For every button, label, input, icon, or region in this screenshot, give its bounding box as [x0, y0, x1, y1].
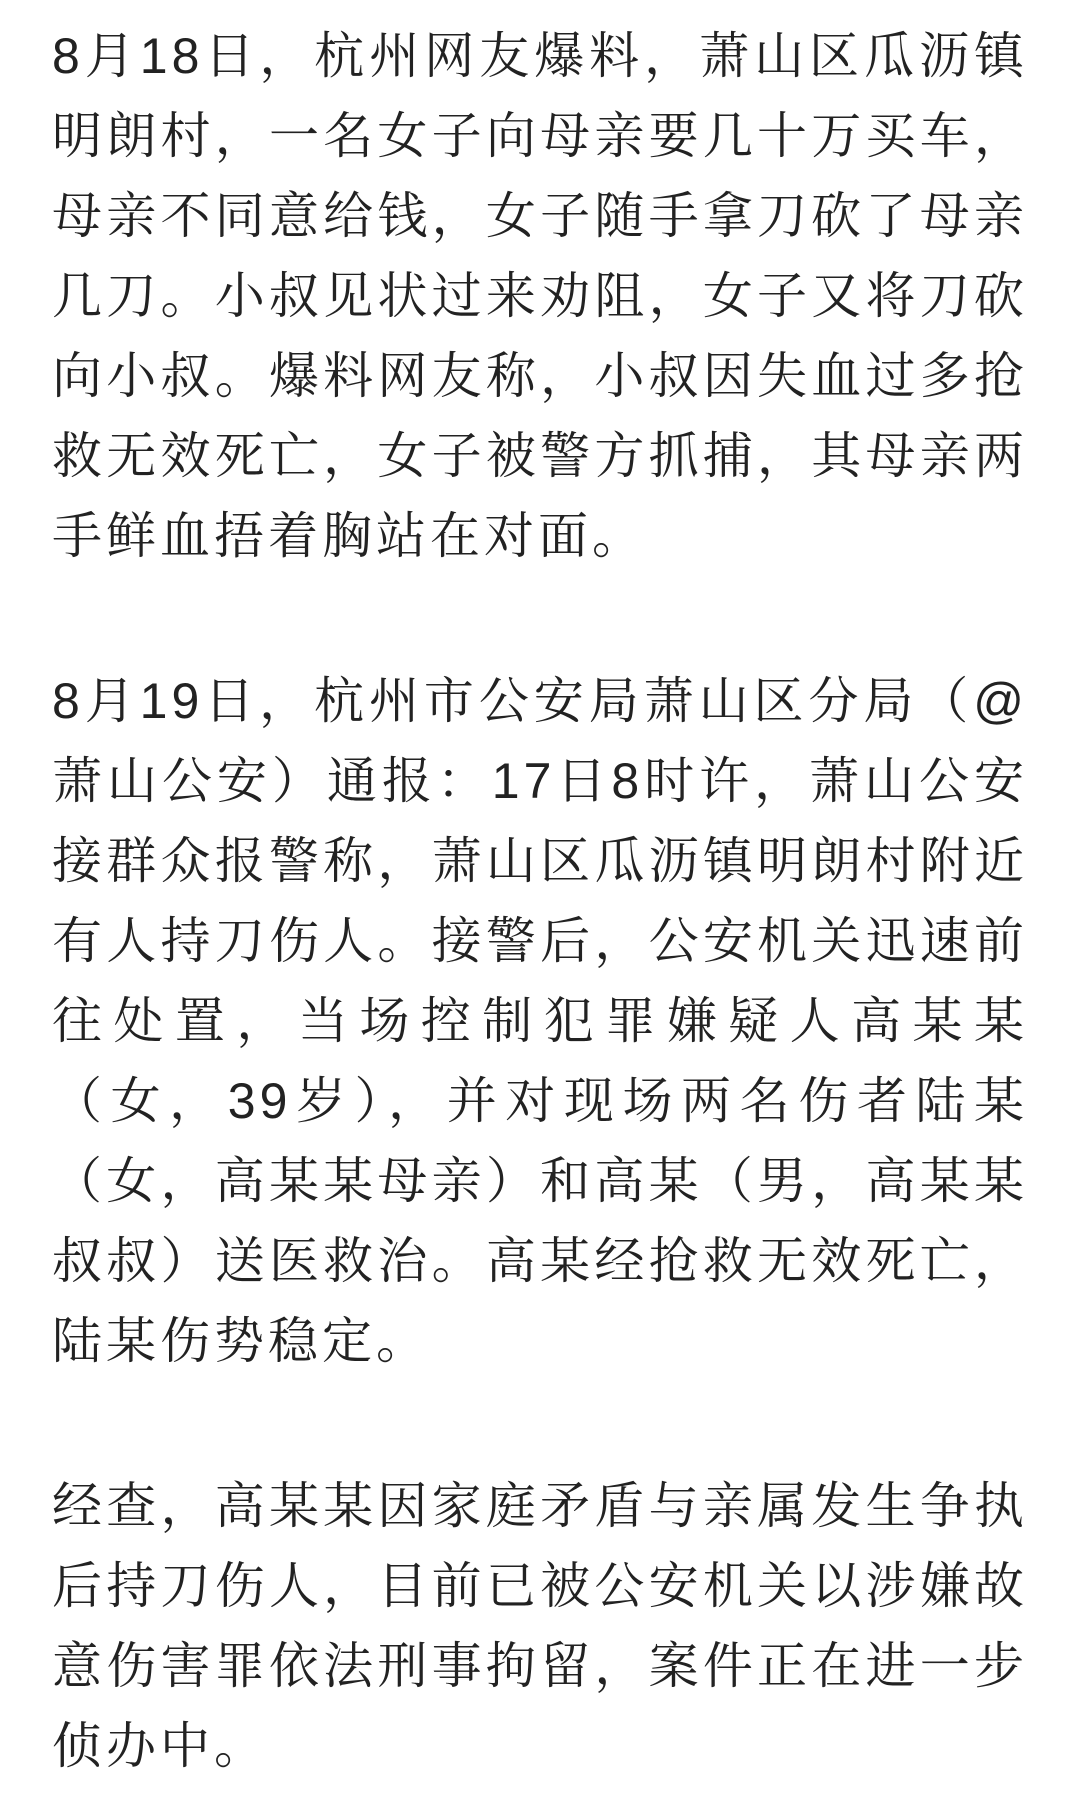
text-line: 陆某伤势稳定。	[52, 1301, 1028, 1381]
text-line: （女，39岁），并对现场两名伤者陆某	[52, 1061, 1028, 1141]
text-line: 救无效死亡，女子被警方抓捕，其母亲两	[52, 416, 1028, 496]
paragraph: 经查，高某某因家庭矛盾与亲属发生争执后持刀伤人，目前已被公安机关以涉嫌故意伤害罪…	[52, 1466, 1028, 1786]
text-line: 意伤害罪依法刑事拘留，案件正在进一步	[52, 1626, 1028, 1706]
paragraph: 8月18日，杭州网友爆料，萧山区瓜沥镇明朗村，一名女子向母亲要几十万买车，母亲不…	[52, 16, 1028, 576]
paragraph: 8月19日，杭州市公安局萧山区分局（@萧山公安）通报：17日8时许，萧山公安接群…	[52, 661, 1028, 1381]
text-line: 接群众报警称，萧山区瓜沥镇明朗村附近	[52, 821, 1028, 901]
text-line: 母亲不同意给钱，女子随手拿刀砍了母亲	[52, 176, 1028, 256]
text-line: 叔叔）送医救治。高某经抢救无效死亡，	[52, 1221, 1028, 1301]
text-line: 向小叔。爆料网友称，小叔因失血过多抢	[52, 336, 1028, 416]
article-body: 8月18日，杭州网友爆料，萧山区瓜沥镇明朗村，一名女子向母亲要几十万买车，母亲不…	[0, 0, 1080, 1786]
text-line: 几刀。小叔见状过来劝阻，女子又将刀砍	[52, 256, 1028, 336]
text-line: 经查，高某某因家庭矛盾与亲属发生争执	[52, 1466, 1028, 1546]
text-line: 萧山公安）通报：17日8时许，萧山公安	[52, 741, 1028, 821]
text-line: 手鲜血捂着胸站在对面。	[52, 496, 1028, 576]
text-line: 明朗村，一名女子向母亲要几十万买车，	[52, 96, 1028, 176]
article-page: 8月18日，杭州网友爆料，萧山区瓜沥镇明朗村，一名女子向母亲要几十万买车，母亲不…	[0, 0, 1080, 1806]
text-line: 8月18日，杭州网友爆料，萧山区瓜沥镇	[52, 16, 1028, 96]
text-line: 往处置，当场控制犯罪嫌疑人高某某	[52, 981, 1028, 1061]
text-line: 有人持刀伤人。接警后，公安机关迅速前	[52, 901, 1028, 981]
text-line: 侦办中。	[52, 1706, 1028, 1786]
text-line: 8月19日，杭州市公安局萧山区分局（@	[52, 661, 1028, 741]
text-line: 后持刀伤人，目前已被公安机关以涉嫌故	[52, 1546, 1028, 1626]
text-line: （女，高某某母亲）和高某（男，高某某	[52, 1141, 1028, 1221]
